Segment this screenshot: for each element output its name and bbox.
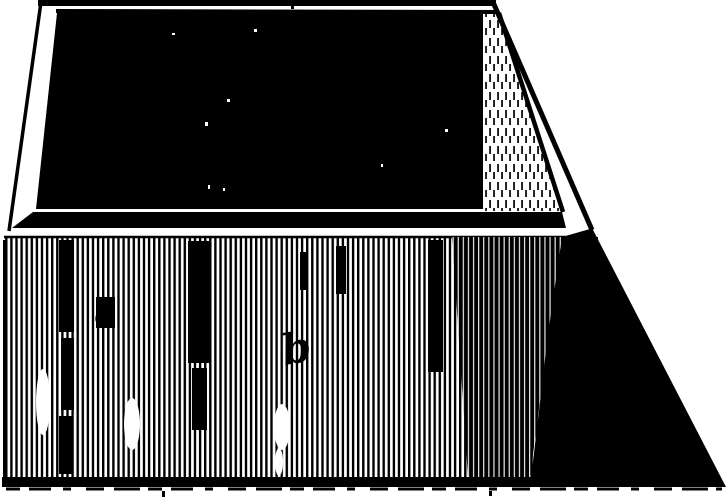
rim-inner-top-line [56, 11, 497, 12]
vat-engraving-canvas: a b [0, 0, 727, 497]
box-interior [36, 13, 483, 209]
top-edge-tick [291, 0, 294, 9]
engraving-figure: a b [0, 0, 727, 497]
ground-tick-right [489, 491, 492, 496]
rim-inner-front-edge [12, 212, 566, 228]
front-face-base-line [2, 477, 602, 487]
front-face: a b [2, 237, 602, 487]
ground-tick-left [162, 491, 165, 497]
front-face-left-edge [3, 240, 7, 478]
